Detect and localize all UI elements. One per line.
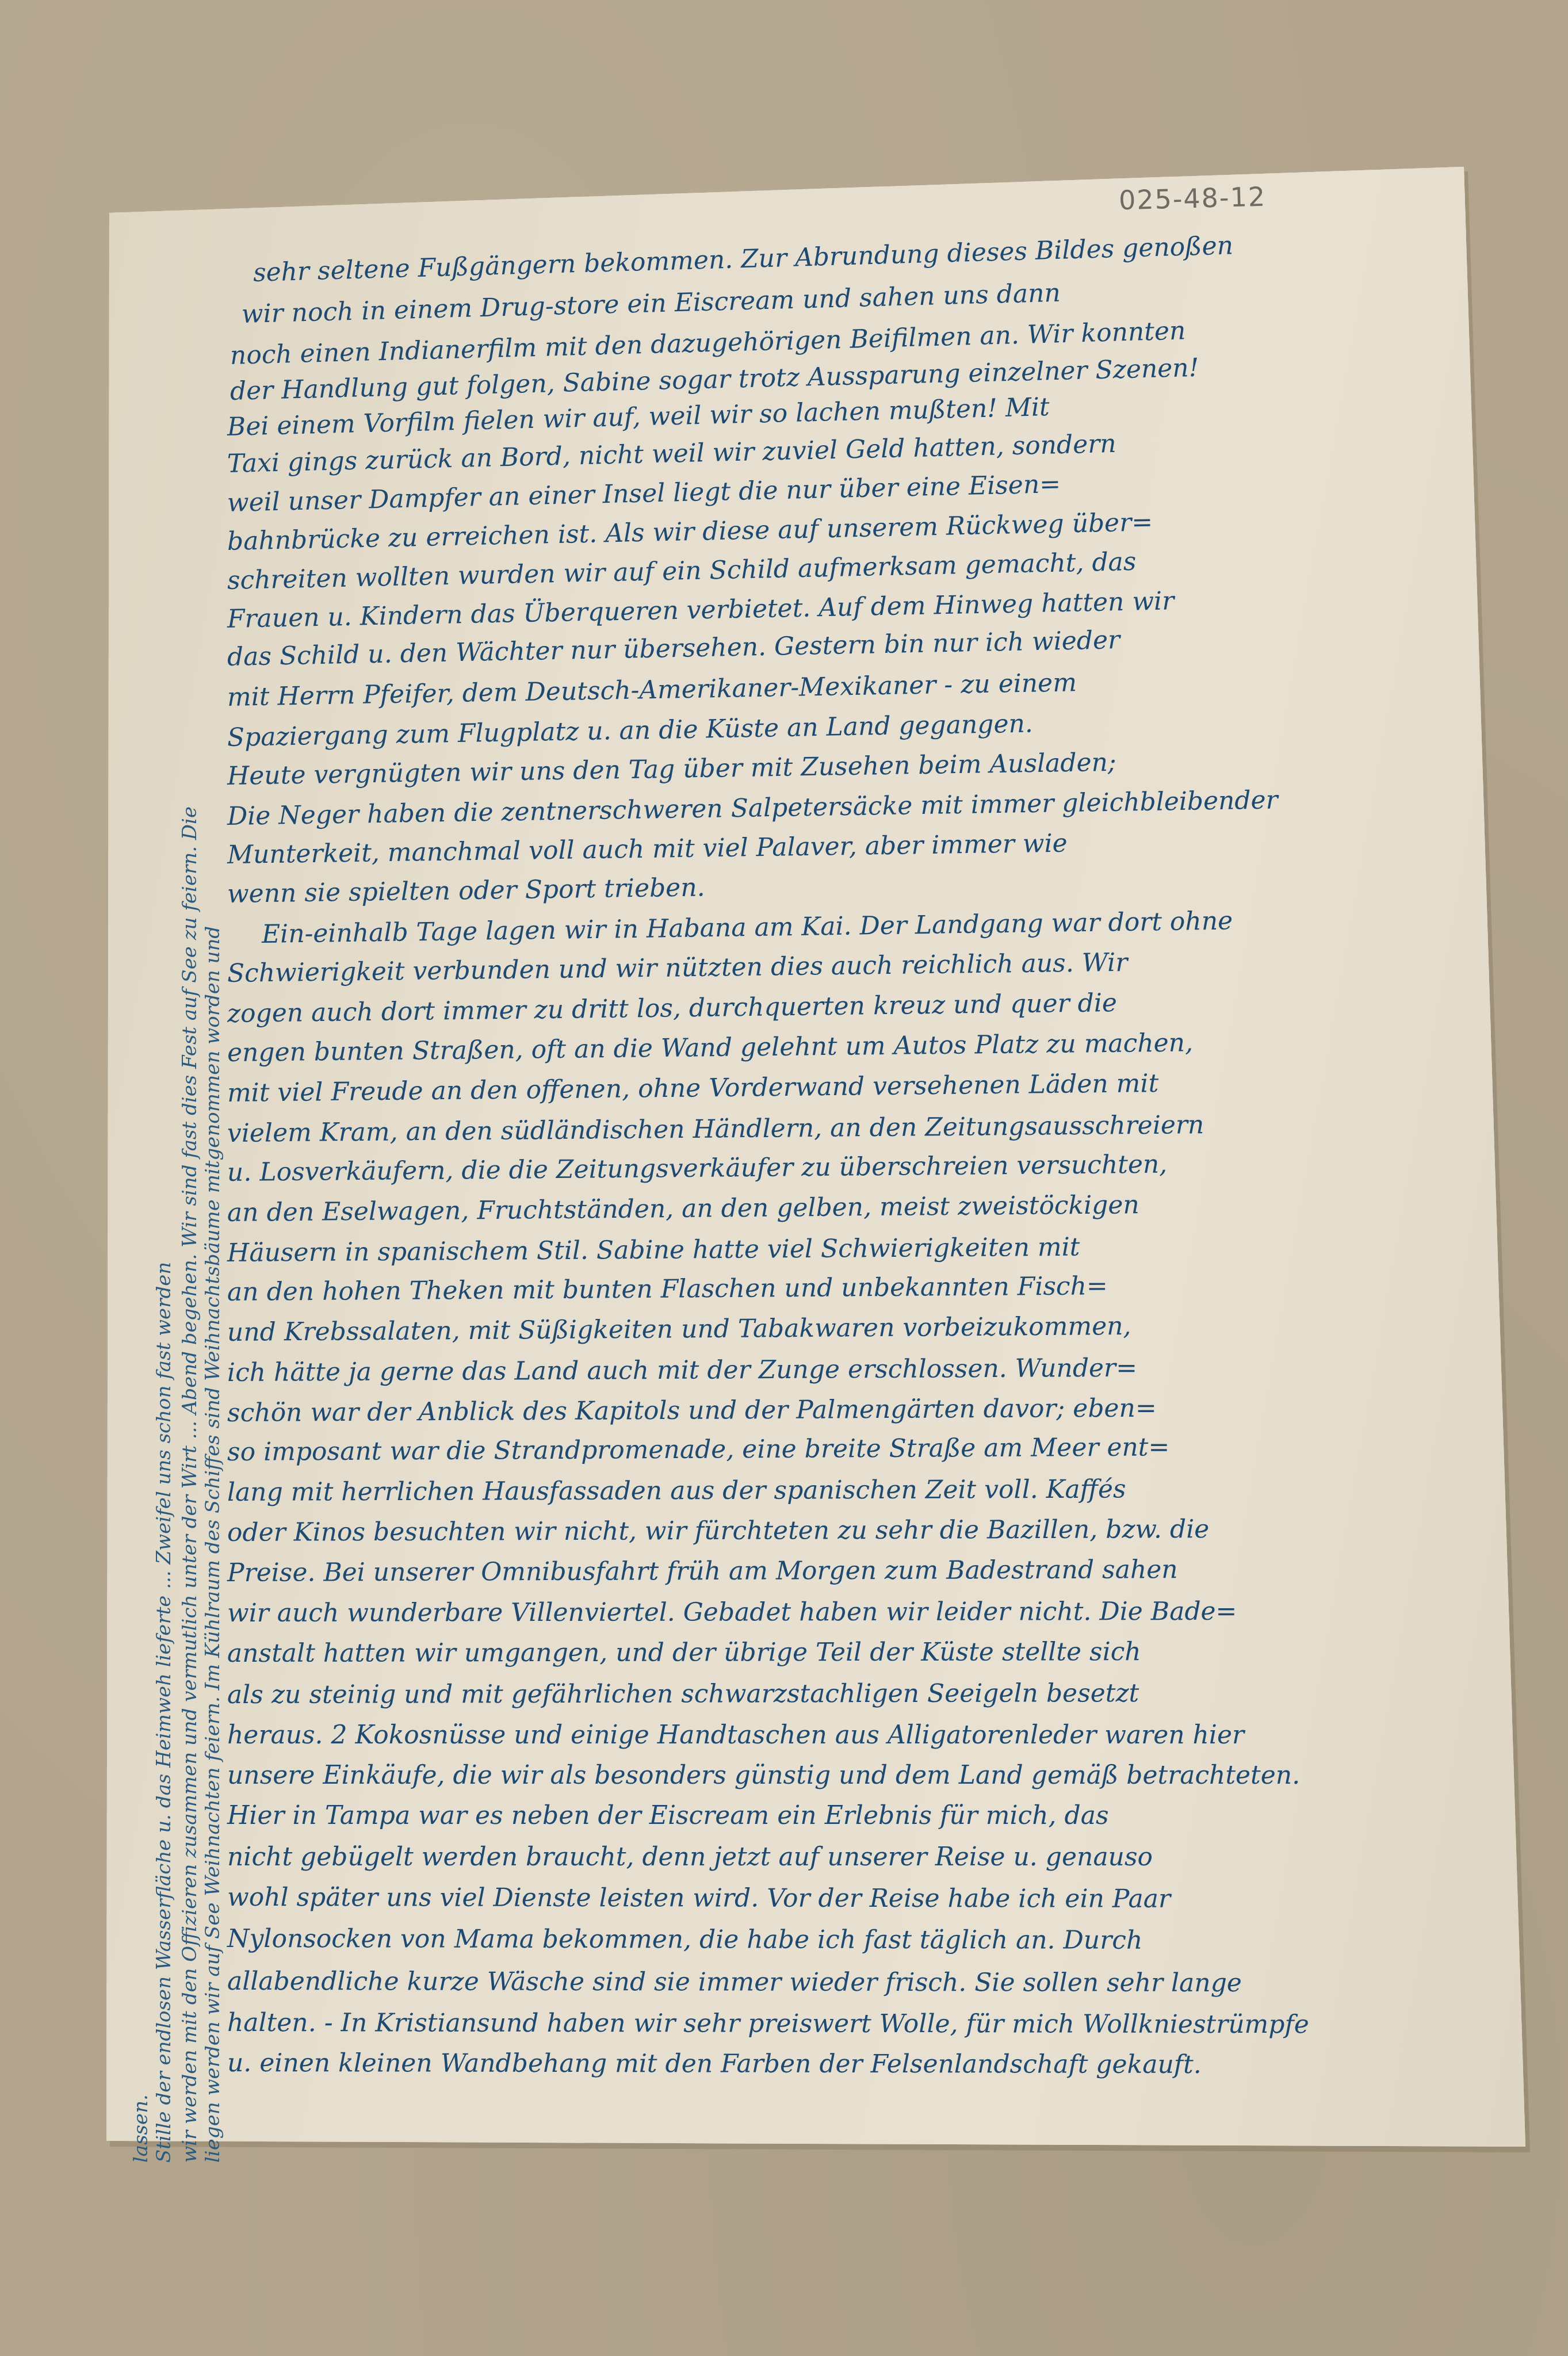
- margin-line: lassen.: [129, 2094, 152, 2163]
- margin-line: wir werden mit den Offizieren zusammen u…: [178, 806, 201, 2163]
- letter-line: Munterkeit, manchmal voll auch mit viel …: [227, 829, 1068, 870]
- letter-line: anstalt hatten wir umgangen, und der übr…: [227, 1638, 1141, 1668]
- letter-line: Ein-einhalb Tage lagen wir in Habana am …: [262, 907, 1233, 949]
- letter-line: so imposant war die Strandpromenade, ein…: [227, 1433, 1170, 1467]
- letter-line: mit viel Freude an den offenen, ohne Vor…: [227, 1069, 1159, 1108]
- letter-line: an den hohen Theken mit bunten Flaschen …: [227, 1272, 1108, 1307]
- letter-line: Spaziergang zum Flugplatz u. an die Küst…: [227, 710, 1034, 752]
- letter-line: als zu steinig und mit gefährlichen schw…: [227, 1679, 1139, 1709]
- letter-line: wenn sie spielten oder Sport trieben.: [227, 873, 705, 909]
- letter-line: Hier in Tampa war es neben der Eiscream …: [227, 1802, 1108, 1830]
- letter-line: und Krebssalaten, mit Süßigkeiten und Ta…: [227, 1312, 1131, 1347]
- letter-line: nicht gebügelt werden braucht, denn jetz…: [227, 1843, 1153, 1872]
- letter-line: zogen auch dort immer zu dritt los, durc…: [227, 989, 1117, 1028]
- letter-line: oder Kinos besuchten wir nicht, wir fürc…: [227, 1515, 1209, 1547]
- letter-line: ich hätte ja gerne das Land auch mit der…: [227, 1354, 1137, 1387]
- letter-line: lang mit herrlichen Hausfassaden aus der…: [227, 1475, 1126, 1507]
- letter-line: mit Herrn Pfeifer, dem Deutsch-Amerikane…: [227, 668, 1077, 712]
- letter-line: Die Neger haben die zentnerschweren Salp…: [227, 786, 1278, 831]
- letter-line: Heute vergnügten wir uns den Tag über mi…: [227, 748, 1116, 791]
- letter-line: Häusern in spanischem Stil. Sabine hatte…: [227, 1233, 1080, 1268]
- letter-line: schön war der Anblick des Kapitols und d…: [227, 1394, 1157, 1428]
- letter-body: sehr seltene Fußgängern bekommen. Zur Ab…: [0, 0, 1568, 2356]
- letter-line: unsere Einkäufe, die wir als besonders g…: [227, 1761, 1300, 1790]
- letter-line: Schwierigkeit verbunden und wir nützten …: [227, 948, 1128, 988]
- letter-line: halten. - In Kristiansund haben wir sehr…: [227, 2009, 1309, 2039]
- letter-line: u. Losverkäufern, die die Zeitungsverkäu…: [227, 1150, 1168, 1187]
- letter-line: das Schild u. den Wächter nur übersehen.…: [227, 626, 1120, 672]
- letter-line: vielem Kram, an den südländischen Händle…: [227, 1111, 1204, 1148]
- margin-line: liegen werden wir auf See Weihnachten fe…: [201, 926, 224, 2163]
- letter-line: an den Eselwagen, Fruchtständen, an den …: [227, 1191, 1139, 1227]
- letter-line: allabendliche kurze Wäsche sind sie imme…: [227, 1967, 1242, 1998]
- letter-line: sehr seltene Fußgängern bekommen. Zur Ab…: [253, 231, 1233, 288]
- margin-line: Stille der endlosen Wasserfläche u. das …: [152, 1262, 175, 2163]
- letter-line: engen bunten Straßen, oft an die Wand ge…: [227, 1028, 1194, 1068]
- letter-line: weil unser Dampfer an einer Insel liegt …: [227, 470, 1061, 518]
- letter-line: heraus. 2 Kokosnüsse und einige Handtasc…: [227, 1721, 1244, 1750]
- letter-line: u. einen kleinen Wandbehang mit den Farb…: [227, 2049, 1202, 2079]
- letter-line: wohl später uns viel Dienste leisten wir…: [227, 1883, 1171, 1914]
- letter-line: wir auch wunderbare Villenviertel. Gebad…: [227, 1597, 1237, 1628]
- letter-line: wir noch in einem Drug-store ein Eiscrea…: [241, 279, 1061, 329]
- letter-line: schreiten wollten wurden wir auf ein Sch…: [227, 548, 1136, 595]
- letter-line: Preise. Bei unserer Omnibusfahrt früh am…: [227, 1555, 1178, 1588]
- letter-line: Nylonsocken von Mama bekommen, die habe …: [227, 1925, 1142, 1955]
